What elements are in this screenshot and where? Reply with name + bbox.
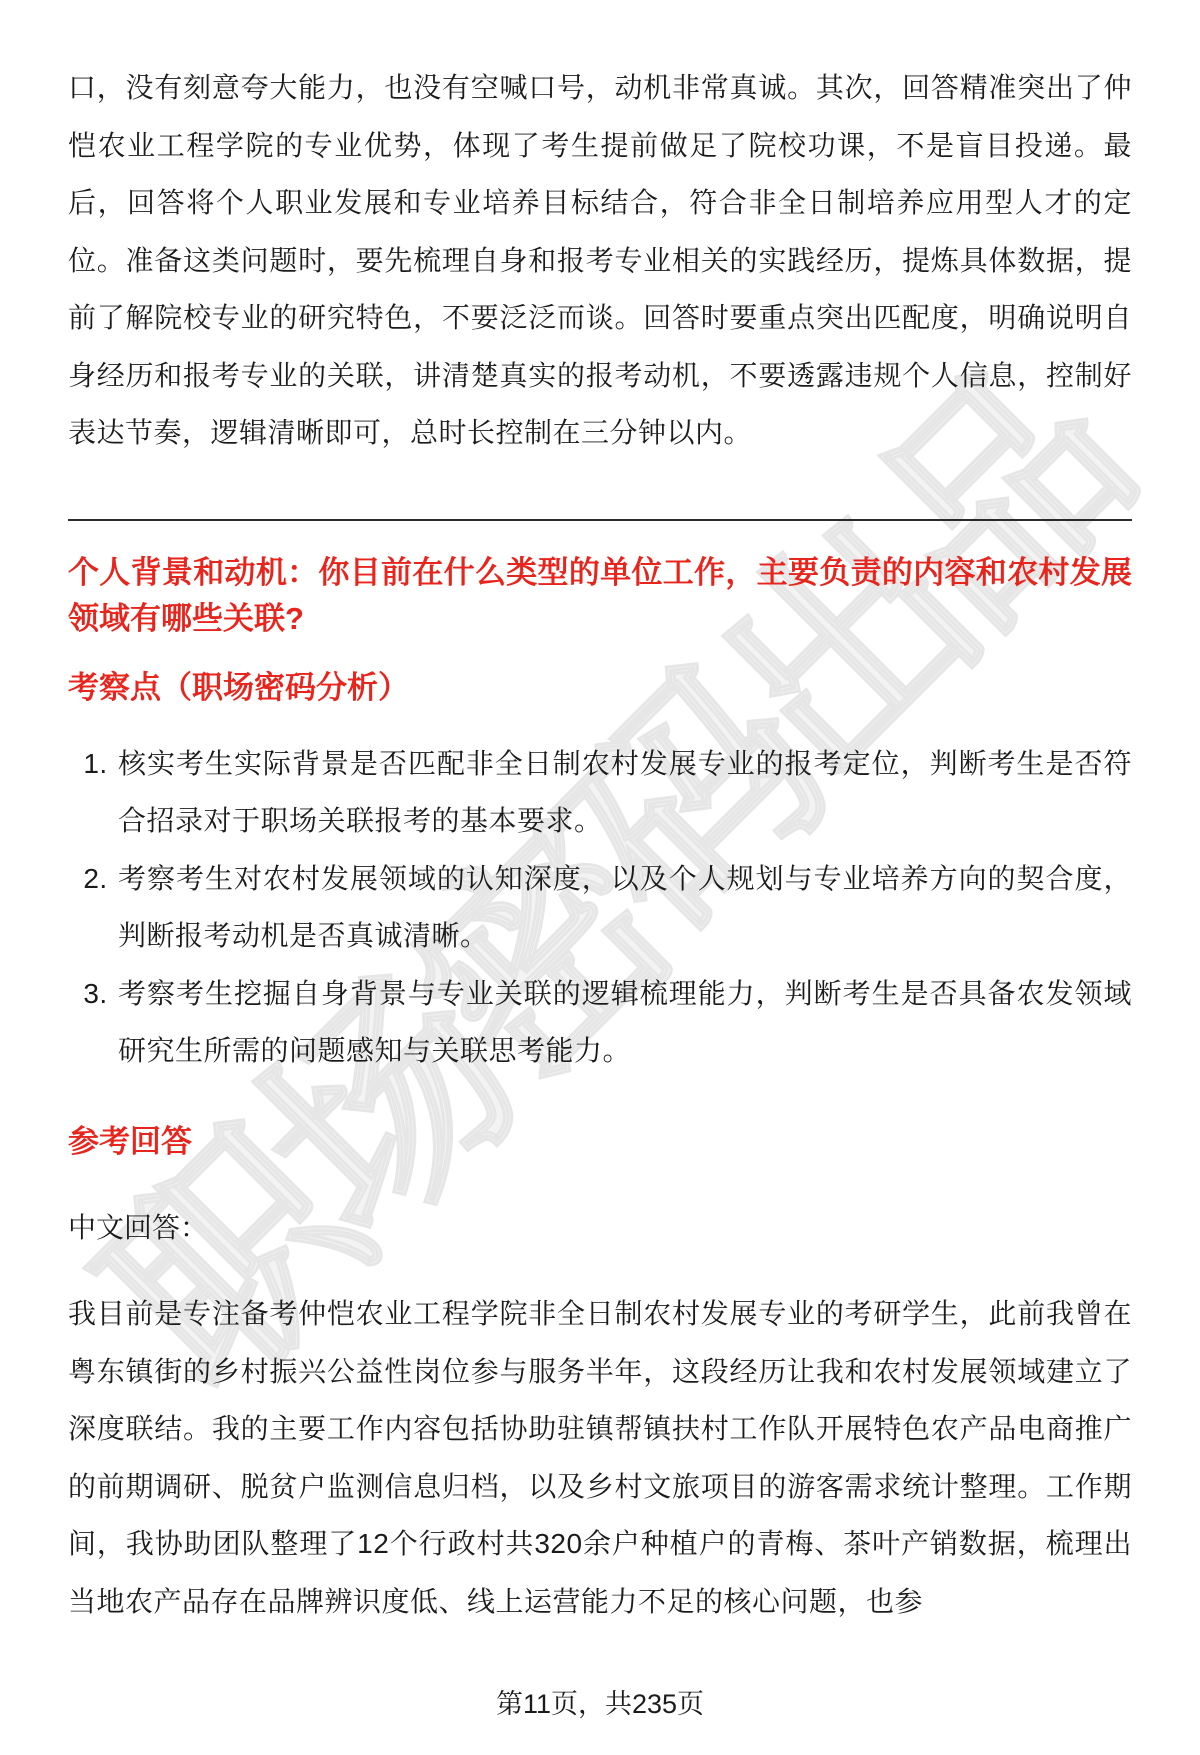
- section-divider: [68, 519, 1132, 521]
- previous-answer-analysis-paragraph: 口，没有刻意夸大能力，也没有空喊口号，动机非常真诚。其次，回答精准突出了仲恺农业…: [68, 59, 1132, 462]
- answer-language-label: 中文回答：: [68, 1199, 1132, 1257]
- examination-points-heading: 考察点（职场密码分析）: [68, 665, 1132, 711]
- examination-point-item: 考察考生挖掘自身背景与专业关联的逻辑梳理能力，判断考生是否具备农发领域研究生所需…: [116, 965, 1132, 1080]
- examination-points-list: 核实考生实际背景是否匹配非全日制农村发展专业的报考定位，判断考生是否符合招录对于…: [68, 735, 1132, 1080]
- interview-question-heading: 个人背景和动机：你目前在什么类型的单位工作，主要负责的内容和农村发展领域有哪些关…: [68, 550, 1132, 642]
- document-page: 职场密码出品 口，没有刻意夸大能力，也没有空喊口号，动机非常真诚。其次，回答精准…: [0, 0, 1200, 1755]
- page-content: 口，没有刻意夸大能力，也没有空喊口号，动机非常真诚。其次，回答精准突出了仲恺农业…: [0, 0, 1200, 1630]
- page-number-footer: 第11页，共235页: [0, 1682, 1200, 1721]
- examination-point-item: 考察考生对农村发展领域的认知深度，以及个人规划与专业培养方向的契合度，判断报考动…: [116, 850, 1132, 965]
- examination-point-item: 核实考生实际背景是否匹配非全日制农村发展专业的报考定位，判断考生是否符合招录对于…: [116, 735, 1132, 850]
- reference-answer-heading: 参考回答: [68, 1119, 1132, 1165]
- reference-answer-paragraph: 我目前是专注备考仲恺农业工程学院非全日制农村发展专业的考研学生，此前我曾在粤东镇…: [68, 1285, 1132, 1630]
